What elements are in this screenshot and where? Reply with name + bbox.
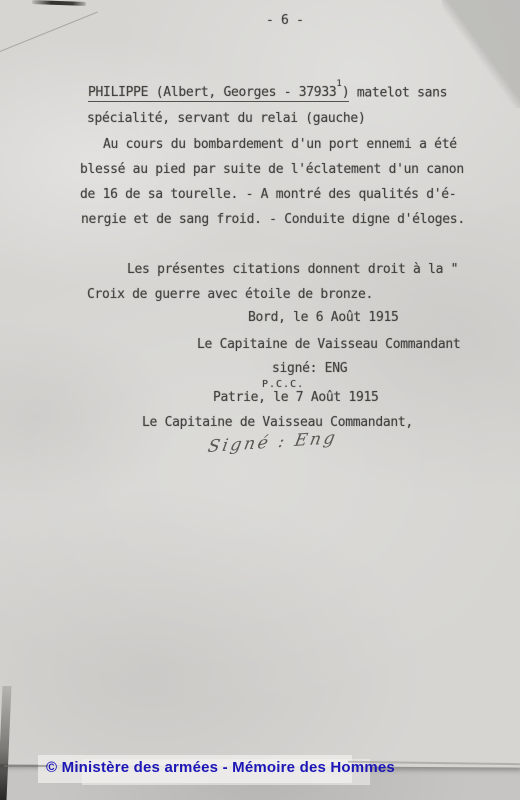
cited-name: PHILIPPE (Albert, Georges - 37933	[88, 85, 336, 100]
captain-title-line-2: Le Capitaine de Vaisseau Commandant,	[142, 415, 413, 431]
citation-text-line-1: Au cours du bombardement d'un port ennem…	[103, 137, 457, 153]
citation-text-line-2: blessé au pied par suite de l'éclatement…	[80, 162, 464, 178]
award-text-line-2: Croix de guerre avec étoile de bronze.	[87, 287, 373, 303]
footer-copyright: © Ministère des armées - Mémoire des Hom…	[46, 759, 395, 776]
citation-heading-line: PHILIPPE (Albert, Georges - 379331) mate…	[88, 84, 447, 101]
captain-title-line-1: Le Capitaine de Vaisseau Commandant	[197, 337, 460, 353]
scanned-document-viewer: - 6 - PHILIPPE (Albert, Georges - 379331…	[0, 0, 520, 800]
citation-heading-line-2: spécialité, servant du relai (gauche)	[87, 111, 366, 127]
footnote-ref: 1	[336, 79, 341, 89]
date-line-patrie: Patrie, le 7 Août 1915	[213, 390, 379, 406]
award-text-line-1: Les présentes citations donnent droit à …	[127, 262, 458, 278]
citation-text-line-3: de 16 de sa tourelle. - A montré des qua…	[80, 187, 456, 203]
page-number: - 6 -	[266, 13, 304, 29]
citation-text-line-4: nergie et de sang froid. - Conduite dign…	[81, 212, 465, 228]
cited-name-underline: PHILIPPE (Albert, Georges - 379331)	[88, 85, 349, 102]
cited-rank: matelot sans	[349, 85, 447, 100]
date-line-bord: Bord, le 6 Août 1915	[248, 310, 399, 326]
typed-signature: signé: ENG	[272, 361, 347, 377]
page-corner-fold	[442, 0, 520, 108]
paper-edge-line-left	[4, 765, 48, 767]
